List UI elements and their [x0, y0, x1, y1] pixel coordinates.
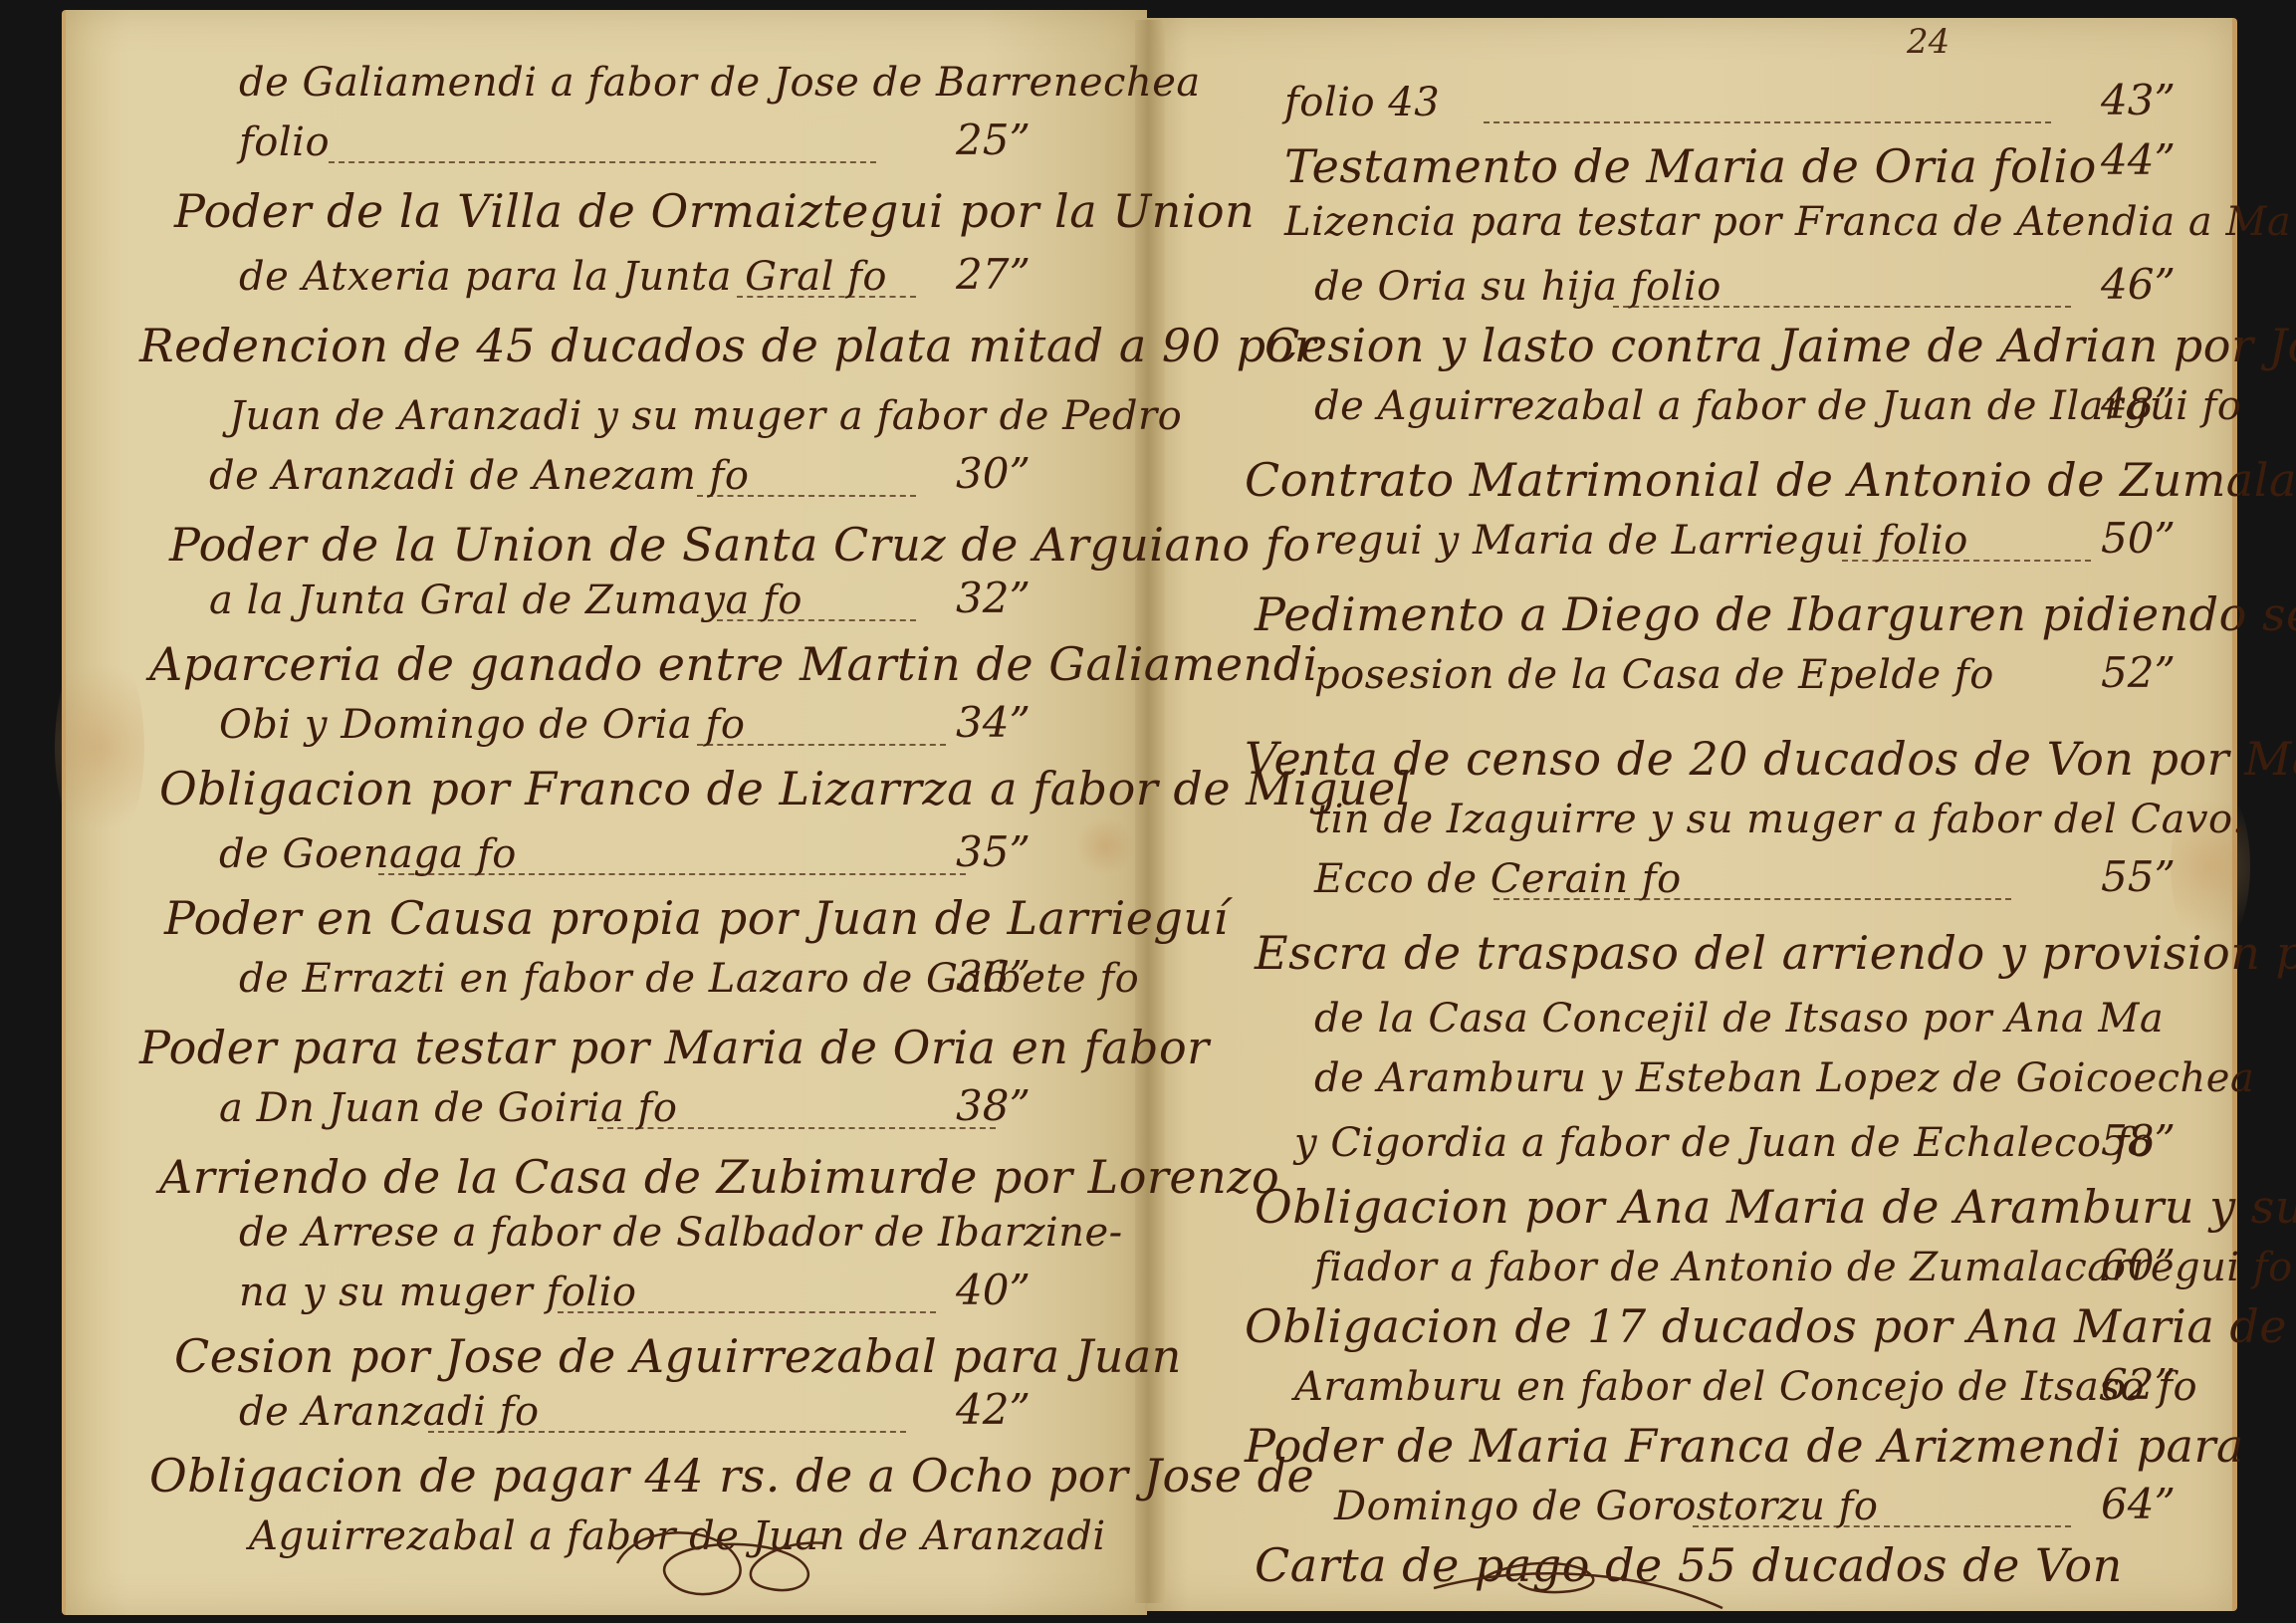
- index-entry-line: Ecco de Cerain fo: [1314, 856, 1682, 902]
- index-entry-line: Testamento de Maria de Oria folio: [1284, 139, 2097, 193]
- index-entry-line: de Aramburu y Esteban Lopez de Goicoeche…: [1314, 1055, 2254, 1101]
- right-page-index-entries: folio 4343”Testamento de Maria de Oria f…: [0, 0, 2296, 1623]
- folio-number: 52”: [2101, 648, 2176, 697]
- folio-number: 50”: [2101, 514, 2176, 563]
- folio-number: 44”: [2101, 135, 2176, 184]
- index-entry-line: Aramburu en fabor del Concejo de Itsaso …: [1294, 1364, 2197, 1410]
- folio-number: 46”: [2101, 260, 2176, 309]
- index-entry-line: regui y Maria de Larriegui folio: [1314, 518, 1968, 564]
- folio-number: 62”: [2101, 1360, 2176, 1409]
- index-entry-line: Escra de traspaso del arriendo y provisi…: [1255, 926, 2296, 980]
- index-entry-line: de Oria su hija folio: [1314, 264, 1722, 310]
- folio-number: 60”: [2101, 1241, 2176, 1289]
- index-entry-line: tin de Izaguirre y su muger a fabor del …: [1314, 797, 2245, 842]
- index-entry-line: Venta de censo de 20 ducados de Von por …: [1245, 732, 2296, 786]
- index-entry-line: Domingo de Gorostorzu fo: [1334, 1484, 1879, 1529]
- index-entry-line: de la Casa Concejil de Itsaso por Ana Ma: [1314, 996, 2164, 1042]
- index-entry-line: Contrato Matrimonial de Antonio de Zumal…: [1245, 453, 2296, 507]
- index-entry-line: Cesion y lasto contra Jaime de Adrian po…: [1264, 319, 2296, 372]
- closing-flourish: [1424, 1548, 1742, 1618]
- index-entry-line: Obligacion por Ana Maria de Aramburu y s…: [1255, 1180, 2296, 1234]
- folio-number: 55”: [2101, 852, 2176, 901]
- dotted-leader-line: [1613, 306, 2071, 308]
- index-entry-line: Lizencia para testar por Franca de Atend…: [1284, 199, 2291, 245]
- index-entry-line: Poder de Maria Franca de Arizmendi para: [1245, 1419, 2244, 1473]
- index-entry-line: posesion de la Casa de Epelde fo: [1314, 652, 1994, 698]
- dotted-leader-line: [1842, 560, 2091, 562]
- folio-number: 43”: [2101, 76, 2176, 124]
- open-ledger-book: 24 de Galiamendi a fabor de Jose de Barr…: [0, 0, 2296, 1623]
- index-entry-line: folio 43: [1284, 80, 1440, 125]
- index-entry-line: y Cigordia a fabor de Juan de Echaleco f…: [1294, 1120, 2155, 1166]
- folio-number: 48”: [2101, 379, 2176, 428]
- index-entry-line: Obligacion de 17 ducados por Ana Maria d…: [1245, 1299, 2287, 1353]
- folio-number: 64”: [2101, 1480, 2176, 1528]
- folio-number: 58”: [2101, 1116, 2176, 1165]
- index-entry-line: Pedimento a Diego de Ibarguren pidiendo …: [1255, 587, 2296, 641]
- dotted-leader-line: [1493, 898, 2011, 900]
- signature-flourish: [597, 1504, 856, 1613]
- dotted-leader-line: [1484, 121, 2051, 123]
- dotted-leader-line: [1693, 1525, 2071, 1527]
